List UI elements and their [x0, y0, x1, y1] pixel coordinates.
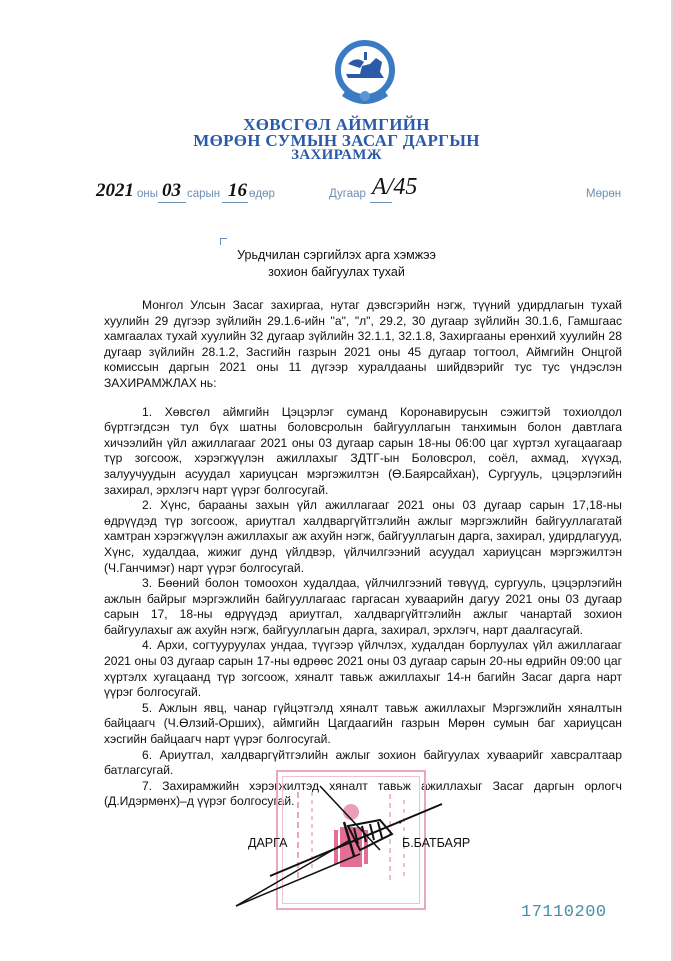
year-label: оны — [137, 188, 158, 200]
decree-item-4: 4. Архи, согтууруулах ундаа, түүгээр үйл… — [104, 638, 622, 700]
decree-item-1: 1. Хөвсгөл аймгийн Цэцэрлэг суманд Корон… — [104, 405, 622, 499]
day-label: өдөр — [249, 188, 275, 200]
decree-body: Монгол Улсын Засаг захиргаа, нутаг дэвсг… — [104, 298, 622, 810]
decree-item-3: 3. Бөөний болон томоохон худалдаа, үйлчи… — [104, 576, 622, 638]
decree-title-line-1: Урьдчилан сэргийлэх арга хэмжээ — [0, 248, 673, 262]
decree-item-5: 5. Ажлын явц, чанар гүйцэтгэлд хяналт та… — [104, 701, 622, 748]
date-line: 2021 оны 03 сарын 16 өдөр Дугаар А/45 Мө… — [0, 178, 673, 208]
serial-number: 17110200 — [521, 903, 607, 922]
signatory-name: Б.БАТБАЯР — [402, 836, 470, 850]
month-label: сарын — [187, 188, 220, 200]
day-value: 16 — [228, 180, 247, 202]
year-value: 2021 — [96, 180, 134, 202]
place-label: Мөрөн — [586, 188, 621, 200]
month-value: 03 — [162, 180, 181, 202]
decree-number: А/45 — [372, 174, 417, 201]
mongolia-state-emblem-icon — [324, 38, 406, 110]
decree-title-line-2: зохион байгуулах тухай — [0, 265, 673, 279]
title-corner-mark — [220, 238, 227, 245]
signatory-title: ДАРГА — [248, 836, 287, 850]
preamble: Монгол Улсын Засаг захиргаа, нутаг дэвсг… — [104, 298, 622, 392]
number-underline — [370, 202, 392, 203]
decree-item-2: 2. Хүнс, барааны захын үйл ажиллагааг 20… — [104, 498, 622, 576]
day-underline — [222, 202, 248, 203]
month-underline — [158, 202, 186, 203]
document-type: ЗАХИРАМЖ — [0, 147, 673, 164]
number-label: Дугаар — [329, 188, 366, 200]
